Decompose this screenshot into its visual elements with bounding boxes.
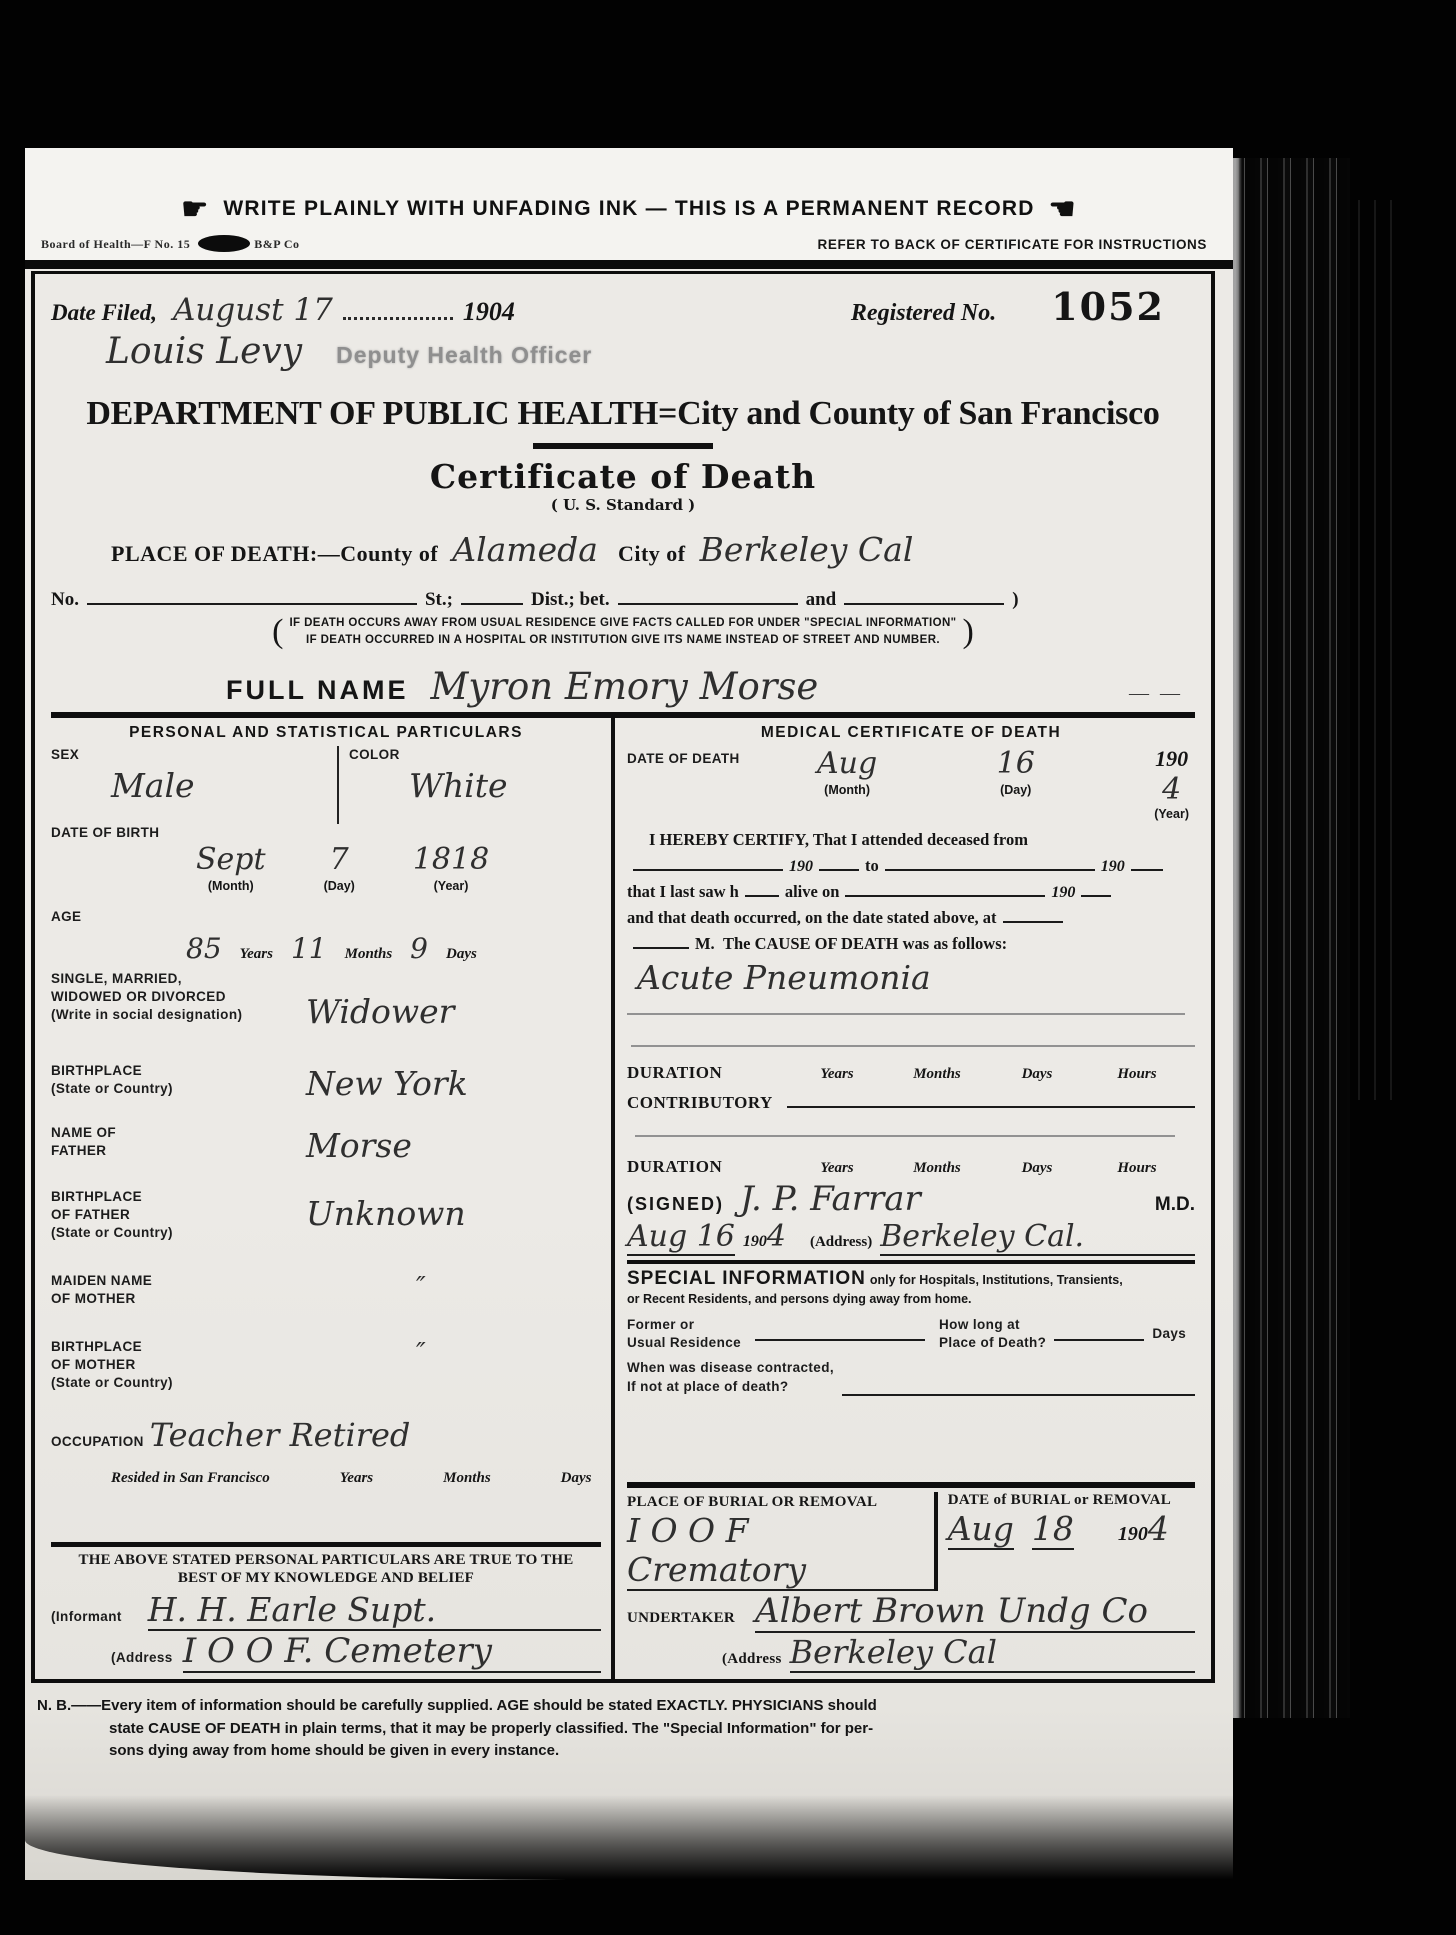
burial-place-label: PLACE OF BURIAL OR REMOVAL bbox=[627, 1494, 934, 1511]
note-open-paren: ( bbox=[272, 613, 283, 651]
last-saw-h-blank bbox=[745, 883, 779, 897]
last-saw-190: 190 bbox=[1051, 884, 1075, 902]
contracted-label-1: When was disease contracted, bbox=[627, 1360, 834, 1375]
how-long-label: How long at Place of Death? bbox=[939, 1316, 1046, 1351]
age-days-value: 9 bbox=[410, 932, 428, 965]
clerk-signature-row: Louis Levy Deputy Health Officer bbox=[106, 331, 1195, 393]
age-row: AGE 85 Years 11 Months 9 Days bbox=[51, 908, 601, 970]
date-of-birth-label: DATE OF BIRTH bbox=[51, 825, 159, 840]
dob-year-caption: (Year) bbox=[434, 879, 469, 893]
form-number-text2: B&P Co bbox=[254, 237, 299, 251]
birthplace-row: BIRTHPLACE (State or Country) New York bbox=[51, 1062, 601, 1124]
disease-contracted-row: When was disease contracted, If not at p… bbox=[627, 1359, 1195, 1401]
contrib-rule bbox=[635, 1135, 1175, 1137]
special-information-heading: SPECIAL INFORMATION only for Hospitals, … bbox=[627, 1268, 1195, 1308]
occupation-row: OCCUPATION Teacher Retired bbox=[51, 1416, 601, 1470]
dod-year-handwritten: 4 bbox=[1154, 772, 1189, 807]
footnote: N. B.——Every item of information should … bbox=[37, 1695, 1137, 1763]
informant-block: THE ABOVE STATED PERSONAL PARTICULARS AR… bbox=[51, 1542, 601, 1680]
certify-190b-blank bbox=[1131, 857, 1163, 871]
informant-address-row: (Address I O O F. Cemetery bbox=[111, 1631, 601, 1673]
color-cell: COLOR White bbox=[337, 746, 601, 824]
street-and-blank bbox=[844, 591, 1004, 605]
dod-month-caption: (Month) bbox=[824, 783, 870, 797]
mother-bp-label-2: OF MOTHER bbox=[51, 1357, 136, 1372]
duration-1-days: Days bbox=[987, 1066, 1087, 1083]
duration-2-label: DURATION bbox=[627, 1157, 787, 1177]
marital-label: SINGLE, MARRIED, WIDOWED OR DIVORCED (Wr… bbox=[51, 970, 286, 1025]
disease-contracted-blank bbox=[842, 1382, 1195, 1396]
dod-month-value: Aug bbox=[817, 746, 877, 781]
certify-from-blank bbox=[633, 857, 783, 871]
manicule-left-icon: ☚ bbox=[1035, 193, 1091, 226]
book-edge-streak bbox=[1352, 200, 1396, 1100]
refer-instruction: REFER TO BACK OF CERTIFICATE FOR INSTRUC… bbox=[818, 237, 1208, 252]
birthplace-label-1: BIRTHPLACE bbox=[51, 1063, 142, 1078]
duration-2-hours: Hours bbox=[1087, 1160, 1187, 1177]
certificate-paper: ☛WRITE PLAINLY WITH UNFADING INK — THIS … bbox=[25, 148, 1233, 1880]
date-of-birth-row: DATE OF BIRTH Sept (Month) 7 (Day) bbox=[51, 824, 601, 908]
certify-line-2: 190 to 190 bbox=[627, 856, 1195, 876]
full-name-value: Myron Emory Morse bbox=[431, 665, 819, 708]
form-number-text: Board of Health—F No. 15 bbox=[41, 237, 190, 251]
footnote-line-2: state CAUSE OF DEATH in plain terms, tha… bbox=[109, 1718, 1137, 1741]
dob-year-group: 1818 (Year) bbox=[413, 842, 489, 895]
burial-date-value-row: Aug 18 1904 bbox=[948, 1509, 1195, 1548]
note-line-1: IF DEATH OCCURS AWAY FROM USUAL RESIDENC… bbox=[289, 617, 956, 629]
burial-date-month: Aug bbox=[948, 1509, 1014, 1550]
dod-day-caption: (Day) bbox=[1000, 783, 1031, 797]
full-name-row: FULL NAME Myron Emory Morse — — bbox=[226, 665, 1195, 708]
subheader: Board of Health—F No. 15B&P Co REFER TO … bbox=[25, 227, 1233, 256]
note-close-paren: ) bbox=[963, 613, 974, 651]
certificate-frame: Date Filed, August 17 1904 Registered No… bbox=[31, 271, 1215, 1683]
md-label: M.D. bbox=[1155, 1194, 1195, 1216]
informant-row: (Informant H. H. Earle Supt. bbox=[51, 1590, 601, 1631]
date-filed-row: Date Filed, August 17 1904 Registered No… bbox=[51, 284, 1195, 329]
m-label: M. bbox=[695, 934, 715, 954]
death-occurred-line: and that death occurred, on the date sta… bbox=[627, 908, 1195, 928]
resided-row: Resided in San Francisco Years Months Da… bbox=[51, 1470, 601, 1491]
stamp-blob-icon bbox=[198, 235, 250, 252]
resided-label: Resided in San Francisco bbox=[111, 1470, 270, 1487]
personal-column: PERSONAL AND STATISTICAL PARTICULARS SEX… bbox=[51, 718, 615, 1679]
street-no-label: No. bbox=[51, 589, 79, 611]
occupation-label: OCCUPATION bbox=[51, 1433, 144, 1451]
sex-value: Male bbox=[111, 766, 337, 805]
street-bet-blank bbox=[618, 591, 798, 605]
death-occurred-text: and that death occurred, on the date sta… bbox=[627, 908, 997, 928]
last-saw-text: that I last saw h bbox=[627, 882, 739, 902]
special-information-rest1: only for Hospitals, Institutions, Transi… bbox=[870, 1273, 1123, 1287]
title-divider bbox=[533, 443, 713, 449]
informant-statement-1: THE ABOVE STATED PERSONAL PARTICULARS AR… bbox=[51, 1551, 601, 1570]
age-months-value: 11 bbox=[291, 932, 327, 965]
cause-rule-1 bbox=[627, 1013, 1185, 1015]
duration-1-months: Months bbox=[887, 1066, 987, 1083]
burial-date-cell: DATE of BURIAL or REMOVAL Aug 18 1904 bbox=[934, 1492, 1195, 1591]
scanned-page: ☛WRITE PLAINLY WITH UNFADING INK — THIS … bbox=[0, 0, 1456, 1935]
duration-2-days: Days bbox=[987, 1160, 1087, 1177]
certify-190-a: 190 bbox=[789, 858, 813, 876]
full-name-label: FULL NAME bbox=[226, 675, 409, 706]
undertaker-address-row: (Address Berkeley Cal bbox=[722, 1633, 1195, 1673]
date-filed-label: Date Filed, bbox=[51, 300, 157, 326]
father-birthplace-row: BIRTHPLACE OF FATHER (State or Country) … bbox=[51, 1188, 601, 1272]
duration-1-label: DURATION bbox=[627, 1063, 787, 1083]
right-spacer bbox=[627, 1402, 1195, 1482]
mother-label-1: MAIDEN NAME bbox=[51, 1273, 152, 1288]
physician-address-label: (Address) bbox=[810, 1234, 872, 1251]
age-days-caption: Days bbox=[446, 946, 477, 963]
marital-row: SINGLE, MARRIED, WIDOWED OR DIVORCED (Wr… bbox=[51, 970, 601, 1062]
dob-month-value: Sept bbox=[196, 842, 266, 877]
place-of-death-label: PLACE OF DEATH:—County of bbox=[111, 541, 438, 567]
street-and-label: and bbox=[806, 589, 837, 611]
dob-month-group: Sept (Month) bbox=[196, 842, 266, 895]
marital-label-1: SINGLE, MARRIED, bbox=[51, 971, 182, 986]
banner-text: WRITE PLAINLY WITH UNFADING INK — THIS I… bbox=[223, 197, 1034, 220]
place-of-death-row: PLACE OF DEATH:—County of Alameda City o… bbox=[111, 530, 1195, 569]
street-dist-label: Dist.; bet. bbox=[531, 589, 610, 611]
sign-date-year-hw: 4 bbox=[767, 1219, 786, 1254]
street-close-paren: ) bbox=[1012, 589, 1018, 611]
last-saw-line: that I last saw h alive on 190 bbox=[627, 882, 1195, 902]
mother-name-row: MAIDEN NAME OF MOTHER ″ bbox=[51, 1272, 601, 1338]
banner: ☛WRITE PLAINLY WITH UNFADING INK — THIS … bbox=[25, 148, 1233, 227]
street-row: No. St.; Dist.; bet. and ) bbox=[51, 589, 1195, 611]
sex-cell: SEX Male bbox=[51, 746, 337, 824]
undertaker-row: UNDERTAKER Albert Brown Undg Co bbox=[627, 1591, 1195, 1633]
certificate-title: Certificate of Death bbox=[51, 457, 1195, 496]
contributory-label: CONTRIBUTORY bbox=[627, 1093, 773, 1113]
personal-heading: PERSONAL AND STATISTICAL PARTICULARS bbox=[51, 724, 601, 742]
dod-month-group: Aug (Month) bbox=[817, 746, 877, 824]
certify-to-blank bbox=[885, 857, 1095, 871]
special-information-rest2: or Recent Residents, and persons dying a… bbox=[627, 1292, 972, 1306]
mother-name-ditto: ″ bbox=[416, 1272, 426, 1302]
physician-address-value: Berkeley Cal. bbox=[880, 1219, 1195, 1256]
marital-value: Widower bbox=[306, 992, 454, 1031]
how-long-blank bbox=[1054, 1327, 1144, 1341]
sex-color-row: SEX Male COLOR White bbox=[51, 746, 601, 824]
father-bp-label-3: (State or Country) bbox=[51, 1225, 173, 1240]
color-label: COLOR bbox=[349, 747, 400, 762]
contributory-row: CONTRIBUTORY bbox=[627, 1093, 1195, 1113]
duration-2-months: Months bbox=[887, 1160, 987, 1177]
how-long-label-2: Place of Death? bbox=[939, 1335, 1046, 1350]
mother-birthplace-ditto: ″ bbox=[416, 1338, 426, 1368]
residence-note: ( IF DEATH OCCURS AWAY FROM USUAL RESIDE… bbox=[51, 613, 1195, 651]
sign-date-value: Aug 16 bbox=[627, 1219, 735, 1256]
father-birthplace-value: Unknown bbox=[306, 1194, 466, 1233]
alive-on-text: alive on bbox=[785, 882, 840, 902]
last-saw-190-blank bbox=[1081, 883, 1111, 897]
age-months-caption: Months bbox=[345, 946, 393, 963]
dob-month-caption: (Month) bbox=[208, 879, 254, 893]
form-number: Board of Health—F No. 15B&P Co bbox=[41, 235, 300, 252]
age-years-value: 85 bbox=[186, 932, 222, 965]
burial-top-row: PLACE OF BURIAL OR REMOVAL I O O F Crema… bbox=[627, 1492, 1195, 1591]
date-filed-value: August 17 bbox=[173, 292, 333, 328]
registered-no-value: 1052 bbox=[1051, 284, 1165, 329]
certify-text: I HEREBY CERTIFY, That I attended deceas… bbox=[649, 830, 1028, 850]
undertaker-value: Albert Brown Undg Co bbox=[755, 1591, 1195, 1633]
dob-day-group: 7 (Day) bbox=[324, 842, 355, 895]
burial-block: PLACE OF BURIAL OR REMOVAL I O O F Crema… bbox=[627, 1482, 1195, 1679]
sign-date-190: 190 bbox=[743, 1233, 767, 1251]
special-information-title: SPECIAL INFORMATION bbox=[627, 1268, 866, 1289]
registered-no-label: Registered No. bbox=[851, 300, 996, 327]
age-fields: 85 Years 11 Months 9 Days bbox=[186, 932, 601, 965]
department-title: DEPARTMENT OF PUBLIC HEALTH=City and Cou… bbox=[51, 395, 1195, 433]
footnote-line-1: N. B.——Every item of information should … bbox=[37, 1695, 1137, 1718]
date-filed-dots bbox=[343, 308, 453, 320]
dob-year-value: 1818 bbox=[413, 842, 489, 877]
city-value: Berkeley Cal bbox=[700, 530, 914, 569]
dod-day-group: 16 (Day) bbox=[997, 746, 1035, 824]
manicule-right-icon: ☛ bbox=[167, 193, 223, 226]
former-residence-blank bbox=[755, 1327, 925, 1341]
mother-birthplace-label: BIRTHPLACE OF MOTHER (State or Country) bbox=[51, 1338, 286, 1393]
contracted-label-2: If not at place of death? bbox=[627, 1379, 789, 1394]
informant-value: H. H. Earle Supt. bbox=[148, 1590, 601, 1631]
how-long-label-1: How long at bbox=[939, 1317, 1020, 1332]
days-label: Days bbox=[1152, 1325, 1186, 1343]
burial-place-value: I O O F Crematory bbox=[627, 1511, 934, 1591]
color-value: White bbox=[409, 766, 601, 805]
age-years-caption: Years bbox=[240, 946, 273, 963]
duration-2-years: Years bbox=[787, 1160, 887, 1177]
certify-line-1: I HEREBY CERTIFY, That I attended deceas… bbox=[627, 830, 1195, 850]
burial-place-cell: PLACE OF BURIAL OR REMOVAL I O O F Crema… bbox=[627, 1492, 934, 1591]
columns: PERSONAL AND STATISTICAL PARTICULARS SEX… bbox=[51, 712, 1195, 1679]
dod-year-caption: (Year) bbox=[1154, 807, 1189, 821]
father-birthplace-label: BIRTHPLACE OF FATHER (State or Country) bbox=[51, 1188, 286, 1243]
note-line-2: IF DEATH OCCURRED IN A HOSPITAL OR INSTI… bbox=[306, 634, 940, 646]
father-name-row: NAME OF FATHER Morse bbox=[51, 1124, 601, 1188]
signed-label: (SIGNED) bbox=[627, 1194, 724, 1215]
certify-190a-blank bbox=[819, 857, 859, 871]
duration-1-years: Years bbox=[787, 1066, 887, 1083]
sex-label: SEX bbox=[51, 747, 79, 762]
clerk-signature: Louis Levy bbox=[106, 331, 302, 372]
certify-190-b: 190 bbox=[1101, 858, 1125, 876]
mother-bp-label-1: BIRTHPLACE bbox=[51, 1339, 142, 1354]
mother-bp-label-3: (State or Country) bbox=[51, 1375, 173, 1390]
top-rule bbox=[25, 260, 1233, 269]
occupation-value: Teacher Retired bbox=[150, 1416, 411, 1454]
city-label: City of bbox=[618, 541, 686, 567]
footnote-line-3: sons dying away from home should be give… bbox=[109, 1740, 1137, 1763]
mother-name-label: MAIDEN NAME OF MOTHER bbox=[51, 1272, 286, 1308]
marital-label-2: WIDOWED OR DIVORCED bbox=[51, 989, 226, 1004]
undertaker-address-label: (Address bbox=[722, 1651, 782, 1668]
undertaker-address-value: Berkeley Cal bbox=[790, 1633, 1195, 1673]
mother-birthplace-row: BIRTHPLACE OF MOTHER (State or Country) … bbox=[51, 1338, 601, 1416]
undertaker-label: UNDERTAKER bbox=[627, 1610, 735, 1627]
full-name-dashes: — — bbox=[1129, 682, 1195, 705]
dob-day-value: 7 bbox=[324, 842, 355, 877]
dod-year-printed: 190 bbox=[1155, 746, 1188, 771]
contributory-blank bbox=[787, 1094, 1195, 1108]
note-lines: IF DEATH OCCURS AWAY FROM USUAL RESIDENC… bbox=[289, 615, 956, 650]
left-spacer bbox=[51, 1491, 601, 1542]
certify-to-label: to bbox=[865, 856, 879, 876]
us-standard: ( U. S. Standard ) bbox=[51, 496, 1195, 514]
father-label-2: FATHER bbox=[51, 1143, 106, 1158]
burial-date-190: 190 bbox=[1118, 1523, 1148, 1545]
informant-label: (Informant bbox=[51, 1608, 122, 1626]
alive-on-blank bbox=[845, 883, 1045, 897]
birthplace-label: BIRTHPLACE (State or Country) bbox=[51, 1062, 286, 1098]
former-label-1: Former or bbox=[627, 1317, 694, 1332]
mother-label-2: OF MOTHER bbox=[51, 1291, 136, 1306]
father-name-label: NAME OF FATHER bbox=[51, 1124, 286, 1160]
street-st-label: St.; bbox=[425, 589, 453, 611]
disease-contracted-label: When was disease contracted, If not at p… bbox=[627, 1359, 834, 1395]
street-st-blank bbox=[461, 591, 523, 605]
cause-rule-2 bbox=[631, 1045, 1195, 1047]
informant-statement-2: BEST OF MY KNOWLEDGE AND BELIEF bbox=[51, 1569, 601, 1588]
dod-fields: Aug (Month) 16 (Day) 1904 bbox=[777, 746, 1195, 824]
duration-1-hours: Hours bbox=[1087, 1066, 1187, 1083]
physician-signature: J. P. Farrar bbox=[740, 1179, 1155, 1219]
age-label: AGE bbox=[51, 909, 81, 924]
birthplace-label-2: (State or Country) bbox=[51, 1081, 173, 1096]
dod-day-value: 16 bbox=[997, 746, 1035, 781]
book-page-edge bbox=[1232, 158, 1350, 1718]
birthplace-value: New York bbox=[306, 1064, 468, 1103]
informant-address-value: I O O F. Cemetery bbox=[183, 1631, 601, 1673]
medical-column: MEDICAL CERTIFICATE OF DEATH DATE OF DEA… bbox=[615, 718, 1195, 1679]
dob-fields: Sept (Month) 7 (Day) 1818 (Year) bbox=[196, 842, 601, 895]
registered-no: Registered No. 1052 bbox=[851, 284, 1195, 329]
dod-year-group: 1904 (Year) bbox=[1154, 746, 1189, 824]
street-no-blank bbox=[87, 591, 417, 605]
resided-years-caption: Years bbox=[340, 1470, 373, 1487]
county-value: Alameda bbox=[452, 530, 598, 569]
former-label-2: Usual Residence bbox=[627, 1335, 741, 1350]
informant-address-label: (Address bbox=[111, 1649, 173, 1667]
date-of-death-row: DATE OF DEATH Aug (Month) 16 (Day) bbox=[627, 746, 1195, 824]
death-occurred-blank bbox=[1003, 909, 1063, 923]
father-label-1: NAME OF bbox=[51, 1125, 116, 1140]
former-residence-row: Former or Usual Residence How long at Pl… bbox=[627, 1316, 1195, 1351]
date-filed-year: 1904 bbox=[463, 297, 515, 327]
cause-of-death-label: The CAUSE OF DEATH was as follows: bbox=[723, 934, 1007, 954]
signed-row: (SIGNED) J. P. Farrar M.D. bbox=[627, 1179, 1195, 1219]
marital-label-3: (Write in social designation) bbox=[51, 1007, 242, 1022]
dob-day-caption: (Day) bbox=[324, 879, 355, 893]
father-name-value: Morse bbox=[306, 1126, 412, 1165]
resided-days-caption: Days bbox=[561, 1470, 592, 1487]
duration-row-1: DURATION Years Months Days Hours bbox=[627, 1063, 1195, 1083]
resided-months-caption: Months bbox=[443, 1470, 491, 1487]
sign-date-row: Aug 16 190 4 (Address) Berkeley Cal. bbox=[627, 1219, 1195, 1264]
father-bp-label-2: OF FATHER bbox=[51, 1207, 130, 1222]
medical-heading: MEDICAL CERTIFICATE OF DEATH bbox=[627, 724, 1195, 742]
father-bp-label-1: BIRTHPLACE bbox=[51, 1189, 142, 1204]
burial-date-label: DATE of BURIAL or REMOVAL bbox=[948, 1492, 1195, 1509]
former-residence-label: Former or Usual Residence bbox=[627, 1316, 741, 1351]
burial-date-day: 18 bbox=[1032, 1509, 1074, 1550]
date-of-death-label: DATE OF DEATH bbox=[627, 746, 777, 824]
cause-label-line: M. The CAUSE OF DEATH was as follows: bbox=[627, 934, 1195, 954]
m-blank bbox=[633, 935, 689, 949]
duration-row-2: DURATION Years Months Days Hours bbox=[627, 1157, 1195, 1177]
burial-date-year-hw: 4 bbox=[1148, 1509, 1169, 1548]
cause-of-death-value: Acute Pneumonia bbox=[637, 958, 1195, 997]
clerk-title-stamp: Deputy Health Officer bbox=[336, 342, 592, 369]
